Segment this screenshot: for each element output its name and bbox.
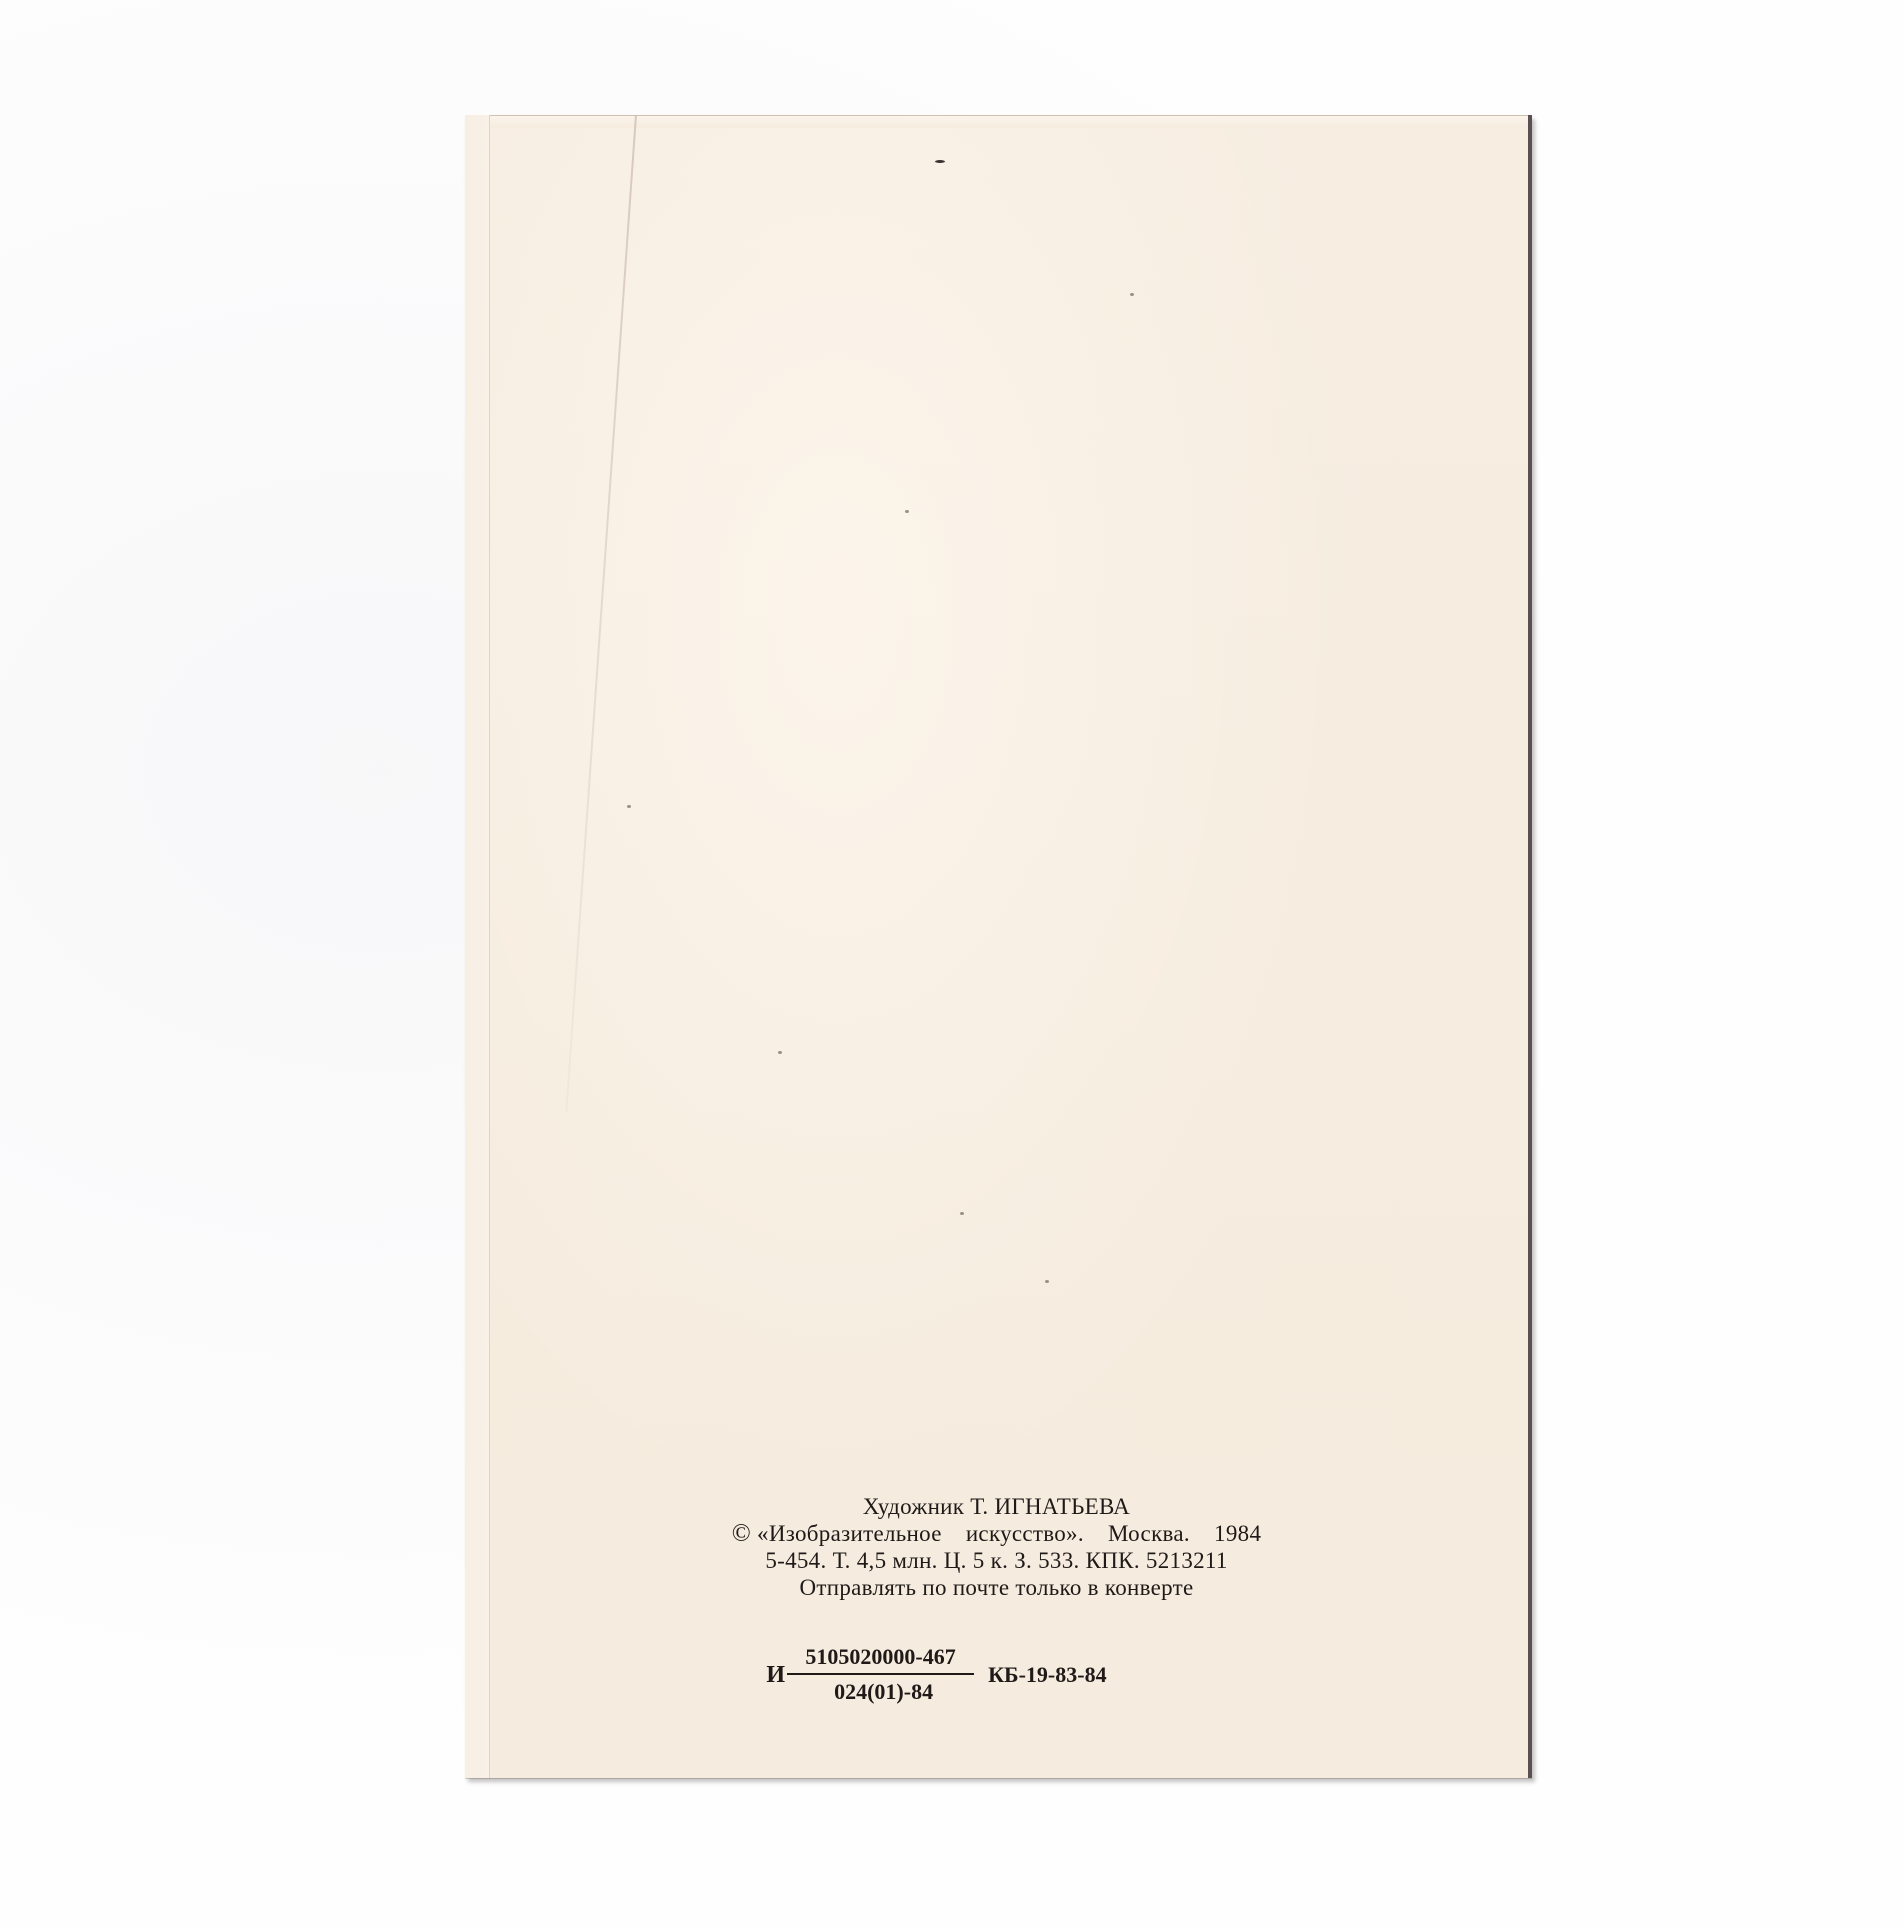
ink-speck xyxy=(935,160,945,163)
paper-speck xyxy=(1045,1280,1049,1283)
paper-speck xyxy=(1130,293,1134,296)
catalog-numerator: 5105020000-467 xyxy=(787,1643,974,1675)
print-data: 5-454. Т. 4,5 млн. Ц. 5 к. З. 533. КПК. … xyxy=(465,1547,1528,1574)
artist-credit: Художник Т. ИГНАТЬЕВА xyxy=(465,1493,1528,1520)
paper-speck xyxy=(627,805,631,808)
catalog-fraction: 5105020000-467 024(01)-84 xyxy=(787,1643,974,1707)
publisher-line: ©«Изобразительное искусство». Москва. 19… xyxy=(465,1520,1528,1547)
paper-speck xyxy=(905,510,909,513)
postcard-back: Художник Т. ИГНАТЬЕВА ©«Изобразительное … xyxy=(465,115,1532,1778)
catalog-prefix: И xyxy=(766,1662,785,1689)
publisher-text: «Изобразительное искусство». Москва. 198… xyxy=(757,1521,1261,1546)
paper-speck xyxy=(778,1051,782,1054)
mail-instruction: Отправлять по почте только в конверте xyxy=(465,1574,1528,1601)
catalog-suffix: КБ-19-83-84 xyxy=(988,1662,1106,1688)
paper-speck xyxy=(960,1212,964,1215)
publisher-imprint: Художник Т. ИГНАТЬЕВА ©«Изобразительное … xyxy=(465,1493,1528,1601)
catalog-code: И 5105020000-467 024(01)-84 КБ-19-83-84 xyxy=(465,1643,1528,1707)
paper-crease xyxy=(565,115,637,1113)
card-top-edge xyxy=(465,115,1528,128)
catalog-denominator: 024(01)-84 xyxy=(828,1675,933,1707)
copyright-icon: © xyxy=(732,1520,751,1547)
